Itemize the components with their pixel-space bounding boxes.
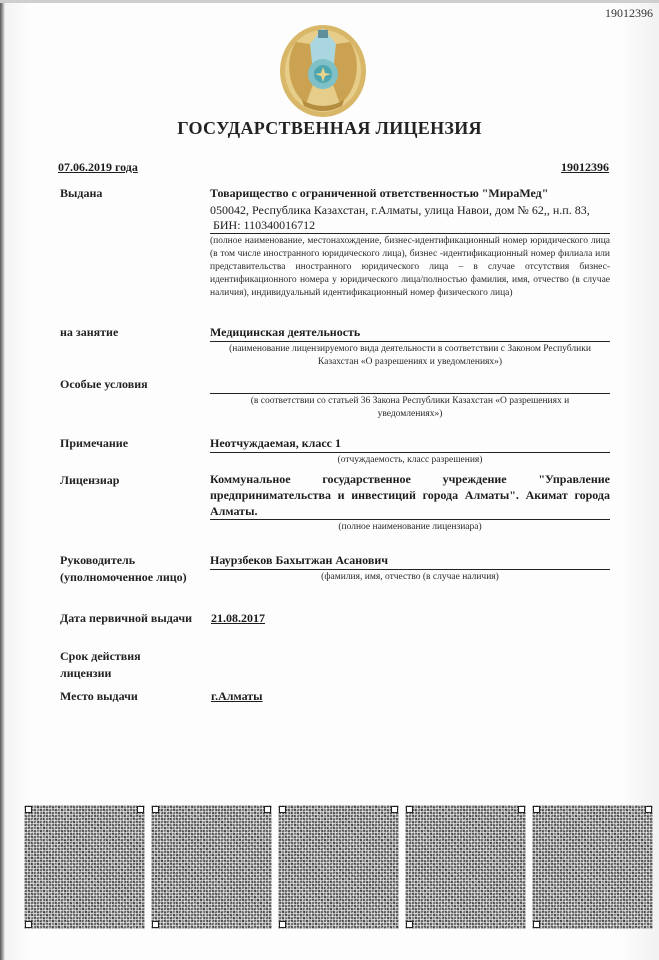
head-rule — [210, 569, 610, 570]
issued-to-address: 050042, Республика Казахстан, г.Алматы, … — [210, 203, 610, 218]
head-note: (фамилия, имя, отчество (в случае наличи… — [210, 571, 610, 584]
first-issue-date-value: 21.08.2017 — [211, 611, 265, 626]
qr-code-icon — [532, 805, 653, 929]
qr-code-icon — [151, 805, 272, 929]
remark-value: Неотчуждаемая, класс 1 — [210, 436, 610, 451]
head-label-line1: Руководитель — [60, 553, 135, 568]
first-issue-date-label: Дата первичной выдачи — [60, 611, 192, 626]
licensor-rule — [210, 519, 610, 520]
qr-code-icon — [24, 805, 145, 929]
special-conditions-label: Особые условия — [60, 377, 148, 392]
corner-license-number: 19012396 — [605, 6, 653, 21]
license-number: 19012396 — [561, 160, 609, 175]
activity-value: Медицинская деятельность — [210, 325, 610, 340]
licensor-value: Коммунальное государственное учреждение … — [210, 471, 610, 519]
qr-code-icon — [278, 805, 399, 929]
head-value: Наурзбеков Бахытжан Асанович — [210, 553, 610, 568]
validity-label-line2: лицензии — [60, 666, 111, 681]
issued-to-note: (полное наименование, местонахождение, б… — [210, 235, 610, 300]
remark-label: Примечание — [60, 436, 128, 451]
activity-note: (наименование лицензируемого вида деятел… — [225, 343, 595, 369]
remark-rule — [210, 452, 610, 453]
activity-label: на занятие — [60, 325, 118, 340]
issued-to-label: Выдана — [60, 186, 102, 201]
licensor-label: Лицензиар — [60, 473, 119, 488]
issued-to-rule — [210, 233, 610, 234]
activity-rule — [210, 341, 610, 342]
special-conditions-note: (в соответствии со статьей 36 Закона Рес… — [220, 395, 600, 421]
document-title: ГОСУДАРСТВЕННАЯ ЛИЦЕНЗИЯ — [0, 118, 659, 139]
issue-date: 07.06.2019 года — [58, 160, 138, 175]
remark-note: (отчуждаемость, класс разрешения) — [210, 454, 610, 467]
licensor-note: (полное наименование лицензиара) — [210, 521, 610, 534]
issued-to-name: Товарищество с ограниченной ответственно… — [210, 186, 610, 201]
place-of-issue-value: г.Алматы — [211, 689, 263, 704]
head-label-line2: (уполномоченное лицо) — [60, 570, 187, 585]
qr-code-icon — [405, 805, 526, 929]
scan-top-edge — [0, 0, 659, 3]
special-conditions-rule — [210, 393, 610, 394]
issued-to-bin: БИН: 110340016712 — [213, 218, 613, 233]
place-of-issue-label: Место выдачи — [60, 689, 138, 704]
license-page: 19012396 ГОСУДАРСТВЕННАЯ ЛИЦЕНЗИЯ 07.06.… — [0, 0, 659, 960]
qr-code-strip — [24, 805, 659, 935]
state-emblem-icon — [276, 22, 370, 120]
validity-label-line1: Срок действия — [60, 649, 141, 664]
